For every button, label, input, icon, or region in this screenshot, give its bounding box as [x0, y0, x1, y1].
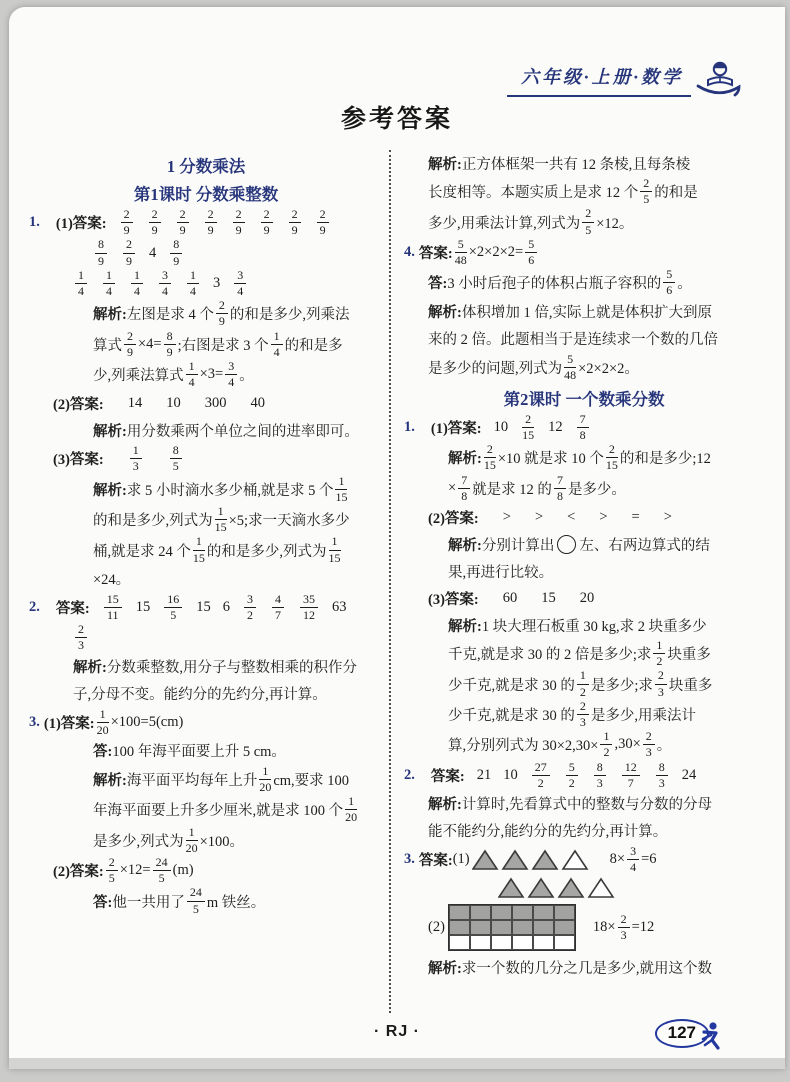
denominator: 2	[656, 654, 662, 668]
fraction: 23	[618, 913, 630, 942]
content-line: 解析:用分数乘两个单位之间的进率即可。	[93, 417, 383, 443]
content-line: (2)答案:141030040	[53, 390, 383, 416]
fraction: 1511	[104, 593, 122, 622]
grid-row	[449, 920, 575, 935]
content-line: 3.(1)答案:120×100=5(cm)	[29, 708, 383, 737]
answer-label: 解析:	[93, 769, 127, 790]
text-run: 算式	[93, 334, 122, 355]
grid-cell	[470, 905, 491, 920]
denominator: 9	[173, 254, 179, 268]
answer-label: (2)答案:	[428, 507, 479, 528]
text-run: 40	[251, 395, 266, 412]
denominator: 9	[167, 345, 173, 359]
fraction: 29	[233, 208, 245, 237]
grid-cell	[533, 920, 554, 935]
fraction: 47	[272, 593, 284, 622]
fraction: 12	[600, 730, 612, 759]
answer-label: (1)答案:	[431, 417, 482, 438]
text-run: ×5;求一天滴水多少	[229, 509, 350, 530]
answer-label: 答:	[93, 740, 112, 761]
content-line: 解析:1 块大理石板重 30 kg,求 2 块重多少	[448, 612, 764, 638]
text-run: ×3=	[200, 366, 224, 383]
numerator: 24	[187, 886, 205, 901]
text-run: 15	[196, 599, 211, 616]
denominator: 5	[109, 871, 115, 885]
answer-label: 解析:	[428, 301, 462, 322]
numerator: 12	[622, 761, 640, 776]
content-line	[496, 875, 764, 901]
denominator: 15	[335, 490, 347, 504]
numerator: 2	[106, 856, 118, 871]
fraction: 29	[121, 208, 133, 237]
denominator: 2	[603, 745, 609, 759]
content-line: 解析:求一个数的几分之几是多少,就用这个数	[428, 954, 764, 980]
numerator: 3	[234, 269, 246, 284]
numerator: 2	[582, 207, 594, 222]
fraction: 115	[329, 535, 341, 564]
content-line: 桶,就是求 24 个115的和是多少,列式为115	[93, 535, 383, 564]
answer-label: 解析:	[448, 615, 482, 636]
text-run: 3	[213, 275, 220, 292]
text-run: =12	[632, 919, 655, 936]
answer-label: 解析:	[428, 793, 462, 814]
numerator: 3	[159, 269, 171, 284]
text-run: 20	[580, 590, 595, 607]
fraction: 32	[244, 593, 256, 622]
denominator: 9	[127, 345, 133, 359]
answer-label: (3)答案:	[53, 448, 104, 469]
grid-cell	[512, 905, 533, 920]
denominator: 9	[124, 223, 130, 237]
grid-cell	[554, 935, 575, 950]
text-run: (m)	[173, 862, 194, 879]
fraction: 23	[643, 730, 655, 759]
runner-icon	[699, 1021, 725, 1051]
text-run: 左、右两边算式的结	[579, 534, 710, 555]
grid-cell	[470, 935, 491, 950]
text-run: 来的 2 倍。此题相当于是连续求一个数的几倍	[428, 328, 718, 349]
answer-label: 答:	[93, 891, 112, 912]
text-run: 的和是多	[285, 334, 343, 355]
fraction: 89	[170, 238, 182, 267]
content-line: 答:他一共用了245 m 铁丝。	[93, 886, 383, 915]
numerator: 2	[618, 913, 630, 928]
content-line: 是多少的问题,列式为548×2×2×2。	[428, 353, 764, 382]
content-line: 来的 2 倍。此题相当于是连续求一个数的几倍	[428, 326, 764, 352]
fraction: 25	[640, 177, 652, 206]
content-line: 少,列乘法算式14×3=34。	[93, 360, 383, 389]
fraction: 245	[153, 856, 171, 885]
text-run: 4	[149, 245, 156, 262]
text-run: ×2×2×2。	[578, 357, 639, 378]
numerator: 2	[606, 443, 618, 458]
text-run: 8×	[610, 851, 625, 868]
content-line: (2)18×23=12	[428, 902, 764, 953]
fraction: 120	[97, 708, 109, 737]
content-line: 2.答案:1511151651563247351263	[29, 593, 383, 622]
answer-label: (2)答案:	[53, 393, 104, 414]
text-run: 的和是多少;12	[620, 447, 711, 468]
text-run: 24	[682, 767, 697, 784]
fraction: 25	[582, 207, 594, 236]
problem-number: 2.	[29, 599, 40, 616]
denominator: 4	[630, 860, 636, 874]
numerator: 2	[233, 208, 245, 223]
numerator: 1	[186, 826, 198, 841]
text-run: 的和是多少,列式为	[93, 509, 213, 530]
answer-label: 答案:	[431, 765, 465, 786]
fraction: 29	[149, 208, 161, 237]
denominator: 6	[666, 283, 672, 297]
text-run: 。	[677, 272, 692, 293]
fraction: 34	[234, 269, 246, 298]
fraction: 13	[130, 444, 142, 473]
denominator: 15	[606, 458, 618, 472]
denominator: 20	[97, 723, 109, 737]
content-line: 果,再进行比较。	[448, 558, 764, 584]
content-line: 解析:分数乘整数,用分子与整数相乘的积作分	[73, 654, 383, 680]
content-line: 能不能约分,能约分的先约分,再计算。	[428, 818, 764, 844]
fraction: 29	[261, 208, 273, 237]
denominator: 8	[557, 489, 563, 503]
text-run: 10	[494, 419, 509, 436]
answer-label: (1)答案:	[56, 212, 107, 233]
numerator: 3	[244, 593, 256, 608]
numerator: 2	[522, 413, 534, 428]
content-line: 4.答案:548×2×2×2=56	[404, 238, 764, 267]
text-run: 能不能约分,能约分的先约分,再计算。	[428, 820, 667, 841]
content-line: (2)答案:>><>=>	[428, 504, 764, 530]
denominator: 4	[189, 375, 195, 389]
text-run: 少,列乘法算式	[93, 364, 184, 385]
grid-cell	[449, 920, 470, 935]
fraction: 52	[566, 761, 578, 790]
content-line: 答:3 小时后孢子的体积占瓶子容积的56。	[428, 268, 764, 297]
problem-number: 1.	[29, 214, 40, 231]
fraction: 14	[271, 330, 283, 359]
numerator: 1	[187, 269, 199, 284]
answer-label: 答案:	[419, 849, 453, 870]
problem-number: 3.	[404, 851, 415, 868]
fraction: 23	[655, 669, 667, 698]
numerator: 24	[153, 856, 171, 871]
fraction: 25	[106, 856, 118, 885]
text-run: 的和是	[654, 181, 698, 202]
content-line: 长度相等。本题实质上是求 12 个25的和是	[428, 177, 764, 206]
denominator: 9	[236, 223, 242, 237]
grid-row	[449, 935, 575, 950]
denominator: 9	[264, 223, 270, 237]
numerator: 1	[271, 330, 283, 345]
fraction: 29	[123, 238, 135, 267]
fraction: 85	[170, 444, 182, 473]
numerator: 2	[177, 208, 189, 223]
content-line: (3)答案:601520	[428, 585, 764, 611]
fraction: 245	[187, 886, 205, 915]
text-run: 21	[477, 767, 492, 784]
grid-cell	[533, 935, 554, 950]
numerator: 1	[130, 444, 142, 459]
text-run: 他一共用了	[112, 891, 185, 912]
problem-number: 2.	[404, 767, 415, 784]
content-line: 算,分别列式为 30×2,30×12,30×23。	[448, 730, 764, 759]
triangle-row-figure	[498, 876, 618, 900]
answer-label: 解析:	[93, 420, 127, 441]
grid-cell	[512, 920, 533, 935]
denominator: 15	[215, 520, 227, 534]
text-run: >	[599, 509, 607, 526]
numerator: 8	[170, 238, 182, 253]
text-run: 。	[239, 364, 254, 385]
content-line: 1.(1)答案:102151278	[404, 413, 764, 442]
edition-label: · RJ ·	[374, 1023, 420, 1041]
text-run: 15	[136, 599, 151, 616]
text-run: 12	[548, 419, 563, 436]
content-line: (3)答案:1385	[53, 444, 383, 473]
content-line: ×78就是求 12 的78是多少。	[448, 474, 764, 503]
fraction: 115	[335, 475, 347, 504]
fraction: 29	[317, 208, 329, 237]
fraction: 29	[205, 208, 217, 237]
text-run: 少千克,就是求 30 的	[448, 704, 575, 725]
text-run: 是多少,用乘法计	[591, 704, 696, 725]
text-run: >	[535, 509, 543, 526]
text-run: 是多少。	[568, 478, 626, 499]
fraction: 83	[594, 761, 606, 790]
text-run: ×2×2×2=	[469, 244, 523, 261]
fraction: 23	[75, 623, 87, 652]
numerator: 2	[577, 700, 589, 715]
text-run: ×24。	[93, 568, 130, 589]
denominator: 2	[569, 776, 575, 790]
text-run: 分别计算出	[482, 534, 555, 555]
text-run: 3 小时后孢子的体积占瓶子容积的	[447, 272, 661, 293]
fraction: 548	[564, 353, 576, 382]
fraction: 127	[622, 761, 640, 790]
numerator: 8	[95, 238, 107, 253]
text-run: 长度相等。本题实质上是求 12 个	[428, 181, 638, 202]
fraction: 78	[554, 474, 566, 503]
text-run: 100 年海平面要上升 5 cm。	[112, 740, 286, 761]
numerator: 15	[104, 593, 122, 608]
numerator: 2	[261, 208, 273, 223]
fraction: 12	[653, 639, 665, 668]
fraction: 14	[75, 269, 87, 298]
numerator: 27	[532, 761, 550, 776]
text-run: 计算时,先看算式中的整数与分数的分母	[462, 793, 712, 814]
denominator: 9	[219, 314, 225, 328]
student-reading-icon	[695, 59, 743, 99]
text-run: 少千克,就是求 30 的	[448, 674, 575, 695]
denominator: 20	[186, 841, 198, 855]
text-run: ×4=	[138, 336, 162, 353]
denominator: 8	[580, 428, 586, 442]
content-line: 解析:分别计算出左、右两边算式的结	[448, 531, 764, 557]
denominator: 20	[259, 780, 271, 794]
text-run: 子,分母不变。能约分的先约分,再计算。	[73, 683, 327, 704]
answer-label: (1)答案:	[44, 712, 95, 733]
denominator: 3	[646, 745, 652, 759]
grid-cell	[491, 905, 512, 920]
numerator: 2	[149, 208, 161, 223]
text-run: 1 块大理石板重 30 kg,求 2 块重多少	[482, 615, 707, 636]
fraction: 78	[458, 474, 470, 503]
content-line: 1414143414334	[73, 269, 383, 298]
content-line: 解析:海平面平均每年上升120 cm,要求 100	[93, 765, 383, 794]
text-run: 是多少;求	[591, 674, 653, 695]
numerator: 1	[329, 535, 341, 550]
fraction: 3512	[300, 593, 318, 622]
left-column: 1 分数乘法第1课时 分数乘整数1.(1)答案:2929292929292929…	[29, 149, 383, 1029]
page-number-badge: 127	[655, 1015, 725, 1051]
denominator: 11	[107, 608, 119, 622]
answer-label: 解析:	[448, 534, 482, 555]
section-heading: 第1课时 分数乘整数	[29, 181, 383, 205]
fraction: 215	[522, 413, 534, 442]
denominator: 3	[133, 459, 139, 473]
numerator: 2	[121, 208, 133, 223]
denominator: 4	[78, 284, 84, 298]
denominator: 9	[292, 223, 298, 237]
answer-label: 解析:	[428, 153, 462, 174]
content-line: 解析:求 5 小时滴水多少桶,就是求 5 个115	[93, 475, 383, 504]
fraction: 120	[259, 765, 271, 794]
text-run: 10	[503, 767, 518, 784]
text-run: >	[664, 509, 672, 526]
denominator: 15	[193, 551, 205, 565]
text-run: 300	[205, 395, 227, 412]
page-header: 六年级·上册·数学	[507, 59, 743, 97]
denominator: 3	[659, 776, 665, 790]
denominator: 2	[580, 685, 586, 699]
denominator: 15	[329, 551, 341, 565]
denominator: 5	[173, 459, 179, 473]
fraction: 548	[455, 238, 467, 267]
denominator: 9	[180, 223, 186, 237]
text-run: ×12。	[596, 212, 633, 233]
content-line: 的和是多少,列式为115×5;求一天滴水多少	[93, 505, 383, 534]
grid-cell	[554, 920, 575, 935]
answer-label: (3)答案:	[428, 588, 479, 609]
text-run: 14	[128, 395, 143, 412]
denominator: 5	[170, 608, 176, 622]
numerator: 7	[577, 413, 589, 428]
denominator: 5	[643, 192, 649, 206]
section-heading: 第2课时 一个数乘分数	[404, 386, 764, 410]
denominator: 4	[190, 284, 196, 298]
shaded-grid-figure	[448, 904, 576, 951]
text-run: 果,再进行比较。	[448, 561, 553, 582]
text-run: ×100=5(cm)	[111, 714, 184, 731]
text-run: ;右图是求 3 个	[178, 334, 269, 355]
fraction: 34	[159, 269, 171, 298]
denominator: 3	[658, 685, 664, 699]
numerator: 2	[123, 238, 135, 253]
fraction: 115	[215, 505, 227, 534]
text-run: 海平面平均每年上升	[127, 769, 258, 790]
content-line: 子,分母不变。能约分的先约分,再计算。	[73, 681, 383, 707]
numerator: 8	[594, 761, 606, 776]
numerator: 1	[215, 505, 227, 520]
fraction: 120	[186, 826, 198, 855]
numerator: 1	[577, 669, 589, 684]
fraction: 23	[577, 700, 589, 729]
right-column: 解析:正方体框架一共有 12 条棱,且每条棱长度相等。本题实质上是求 12 个2…	[404, 149, 764, 1029]
text-run: 桶,就是求 24 个	[93, 540, 191, 561]
fraction: 165	[164, 593, 182, 622]
numerator: 7	[554, 474, 566, 489]
fraction: 29	[216, 299, 228, 328]
text-run: ×100。	[200, 830, 244, 851]
content-line: 2.答案:211027252831278324	[404, 761, 764, 790]
text-run: 6	[223, 599, 230, 616]
spacer	[579, 927, 593, 928]
content-line: 3.答案:(1)8×34=6	[404, 845, 764, 874]
text-run: 的和是多少,列式为	[207, 540, 327, 561]
content-line: ×24。	[93, 566, 383, 592]
content-line: 8929489	[93, 238, 383, 267]
numerator: 1	[193, 535, 205, 550]
text-run: ×10 就是求 10 个	[498, 447, 604, 468]
content-line: 少千克,就是求 30 的23是多少,用乘法计	[448, 700, 764, 729]
text-run: 年海平面要上升多少厘米,就是求 100 个	[93, 799, 343, 820]
grid-cell	[533, 905, 554, 920]
denominator: 20	[345, 810, 357, 824]
content-line: 千克,就是求 30 的 2 倍是多少;求12块重多	[448, 639, 764, 668]
denominator: 48	[564, 368, 576, 382]
fraction: 29	[289, 208, 301, 237]
text-run: (1)	[453, 851, 470, 868]
text-run: 千克,就是求 30 的 2 倍是多少;求	[448, 643, 651, 664]
denominator: 4	[134, 284, 140, 298]
grid-cell	[470, 920, 491, 935]
denominator: 3	[78, 638, 84, 652]
numerator: 7	[458, 474, 470, 489]
fraction: 14	[187, 269, 199, 298]
content-line: (2)答案:25×12=245(m)	[53, 856, 383, 885]
text-run: 算,分别列式为 30×2,30×	[448, 734, 598, 755]
answer-label: 解析:	[428, 957, 462, 978]
denominator: 8	[461, 489, 467, 503]
denominator: 6	[528, 253, 534, 267]
scan-edge	[9, 1058, 785, 1069]
fraction: 12	[577, 669, 589, 698]
problem-number: 1.	[404, 419, 415, 436]
text-run: 求一个数的几分之几是多少,就用这个数	[462, 957, 712, 978]
content-line: 解析:左图是求 4 个29的和是多少,列乘法	[93, 299, 383, 328]
denominator: 4	[106, 284, 112, 298]
denominator: 7	[275, 608, 281, 622]
content-line: 答:100 年海平面要上升 5 cm。	[93, 738, 383, 764]
fraction: 215	[606, 443, 618, 472]
grid-cell	[449, 905, 470, 920]
numerator: 2	[317, 208, 329, 223]
denominator: 12	[303, 608, 315, 622]
text-run: 就是求 12 的	[472, 478, 552, 499]
text-run: 的和是多少,列乘法	[230, 303, 350, 324]
text-run: 左图是求 4 个	[127, 303, 214, 324]
denominator: 3	[621, 928, 627, 942]
text-run: >	[503, 509, 511, 526]
text-run: =6	[641, 851, 656, 868]
grid-cell	[512, 935, 533, 950]
fraction: 120	[345, 795, 357, 824]
text-run: 60	[503, 590, 518, 607]
content-line: 算式29×4=89;右图是求 3 个14的和是多	[93, 330, 383, 359]
content-line: 解析:体积增加 1 倍,实际上就是体积扩大到原	[428, 299, 764, 325]
spacer	[594, 859, 610, 860]
denominator: 15	[522, 428, 534, 442]
